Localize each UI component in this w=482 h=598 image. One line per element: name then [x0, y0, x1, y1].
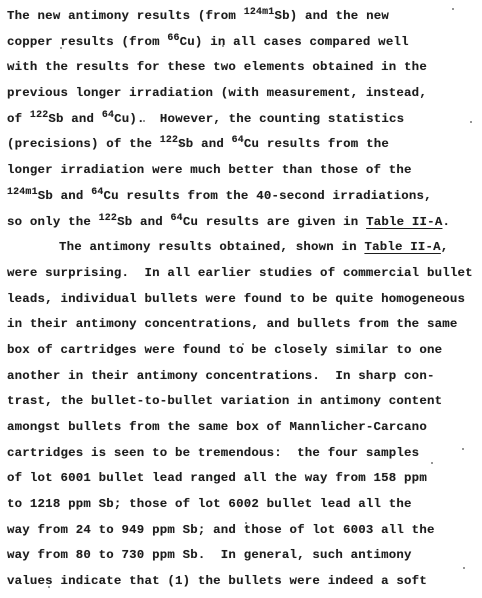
text-segment: longer irradiation were much better than…	[7, 163, 412, 177]
text-line: longer irradiation were much better than…	[7, 158, 476, 184]
text-segment: Sb and	[48, 112, 101, 126]
text-line: cartridges is seen to be tremendous: the…	[7, 441, 476, 467]
text-segment: copper results (from	[7, 35, 167, 49]
text-segment: ,	[441, 240, 449, 254]
text-line: (precisions) of the 122Sb and 64Cu resul…	[7, 132, 476, 158]
text-segment: Cu) in all cases compared well	[180, 35, 409, 49]
text-segment: Cu results from the 40-second irradiatio…	[103, 189, 431, 203]
text-segment: Cu results are given in	[183, 215, 366, 229]
scan-speckle	[470, 121, 472, 123]
text-segment: trast, the bullet-to-bullet variation in…	[7, 394, 442, 408]
scan-speckle	[431, 462, 433, 464]
text-segment: Sb) and the new	[274, 9, 389, 23]
text-line: another in their antimony concentrations…	[7, 364, 476, 390]
text-line: leads, individual bullets were found to …	[7, 287, 476, 313]
text-line: The new antimony results (from 124m1Sb) …	[7, 4, 476, 30]
text-segment: of	[7, 112, 30, 126]
text-line: box of cartridges were found to be close…	[7, 338, 476, 364]
text-line: previous longer irradiation (with measur…	[7, 81, 476, 107]
text-segment: way from 80 to 730 ppm Sb. In general, s…	[7, 548, 412, 562]
text-segment: in their antimony concentrations, and bu…	[7, 317, 458, 331]
scan-speckle	[463, 567, 465, 569]
text-line: copper results (from 66Cu) in all cases …	[7, 30, 476, 56]
text-segment: another in their antimony concentrations…	[7, 369, 435, 383]
text-segment: values indicate that (1) the bullets wer…	[7, 574, 427, 588]
text-segment: to 1218 ppm Sb; those of lot 6002 bullet…	[7, 497, 412, 511]
text-segment: Sb and	[38, 189, 91, 203]
text-segment: .	[442, 215, 450, 229]
text-line: values indicate that (1) the bullets wer…	[7, 569, 476, 595]
text-line: amongst bullets from the same box of Man…	[7, 415, 476, 441]
text-segment: Sb and	[117, 215, 170, 229]
text-line: in their antimony concentrations, and bu…	[7, 312, 476, 338]
text-line: of 122Sb and 64Cu). However, the countin…	[7, 107, 476, 133]
text-segment: previous longer irradiation (with measur…	[7, 86, 427, 100]
text-segment: amongst bullets from the same box of Man…	[7, 420, 427, 434]
text-line: to 1218 ppm Sb; those of lot 6002 bullet…	[7, 492, 476, 518]
scan-speckle	[462, 448, 464, 450]
text-segment: leads, individual bullets were found to …	[7, 292, 465, 306]
text-line: were surprising. In all earlier studies …	[7, 261, 476, 287]
scan-speckle	[48, 586, 50, 588]
text-line: with the results for these two elements …	[7, 55, 476, 81]
scan-speckle	[180, 143, 182, 145]
scan-speckle	[222, 45, 224, 47]
document-body: The new antimony results (from 124m1Sb) …	[7, 4, 476, 595]
text-segment: of lot 6001 bullet lead ranged all the w…	[7, 471, 427, 485]
text-segment: The new antimony results (from	[7, 9, 244, 23]
text-segment: (precisions) of the	[7, 137, 160, 151]
text-line: way from 24 to 949 ppm Sb; and those of …	[7, 518, 476, 544]
scan-speckle	[242, 343, 244, 345]
text-segment: so only the	[7, 215, 99, 229]
text-segment: Sb and	[178, 137, 231, 151]
scanned-document-page: The new antimony results (from 124m1Sb) …	[0, 0, 482, 598]
text-segment: Cu results from the	[244, 137, 389, 151]
text-segment: way from 24 to 949 ppm Sb; and those of …	[7, 523, 435, 537]
text-line: so only the 122Sb and 64Cu results are g…	[7, 210, 476, 236]
scan-speckle	[452, 8, 454, 10]
scan-speckle	[60, 47, 62, 49]
scan-speckle	[245, 522, 247, 524]
text-segment: box of cartridges were found to be close…	[7, 343, 442, 357]
text-line: trast, the bullet-to-bullet variation in…	[7, 389, 476, 415]
text-segment: The antimony results obtained, shown in	[59, 240, 364, 254]
text-line: of lot 6001 bullet lead ranged all the w…	[7, 466, 476, 492]
table-reference: Table II-A	[364, 240, 440, 254]
table-reference: Table II-A	[366, 215, 442, 229]
text-line: way from 80 to 730 ppm Sb. In general, s…	[7, 543, 476, 569]
text-line: 124m1Sb and 64Cu results from the 40-sec…	[7, 184, 476, 210]
text-segment: cartridges is seen to be tremendous: the…	[7, 446, 419, 460]
scan-speckle	[143, 120, 145, 122]
text-segment: with the results for these two elements …	[7, 60, 427, 74]
text-segment: were surprising. In all earlier studies …	[7, 266, 473, 280]
text-line: The antimony results obtained, shown in …	[7, 235, 476, 261]
text-segment: Cu). However, the counting statistics	[114, 112, 404, 126]
